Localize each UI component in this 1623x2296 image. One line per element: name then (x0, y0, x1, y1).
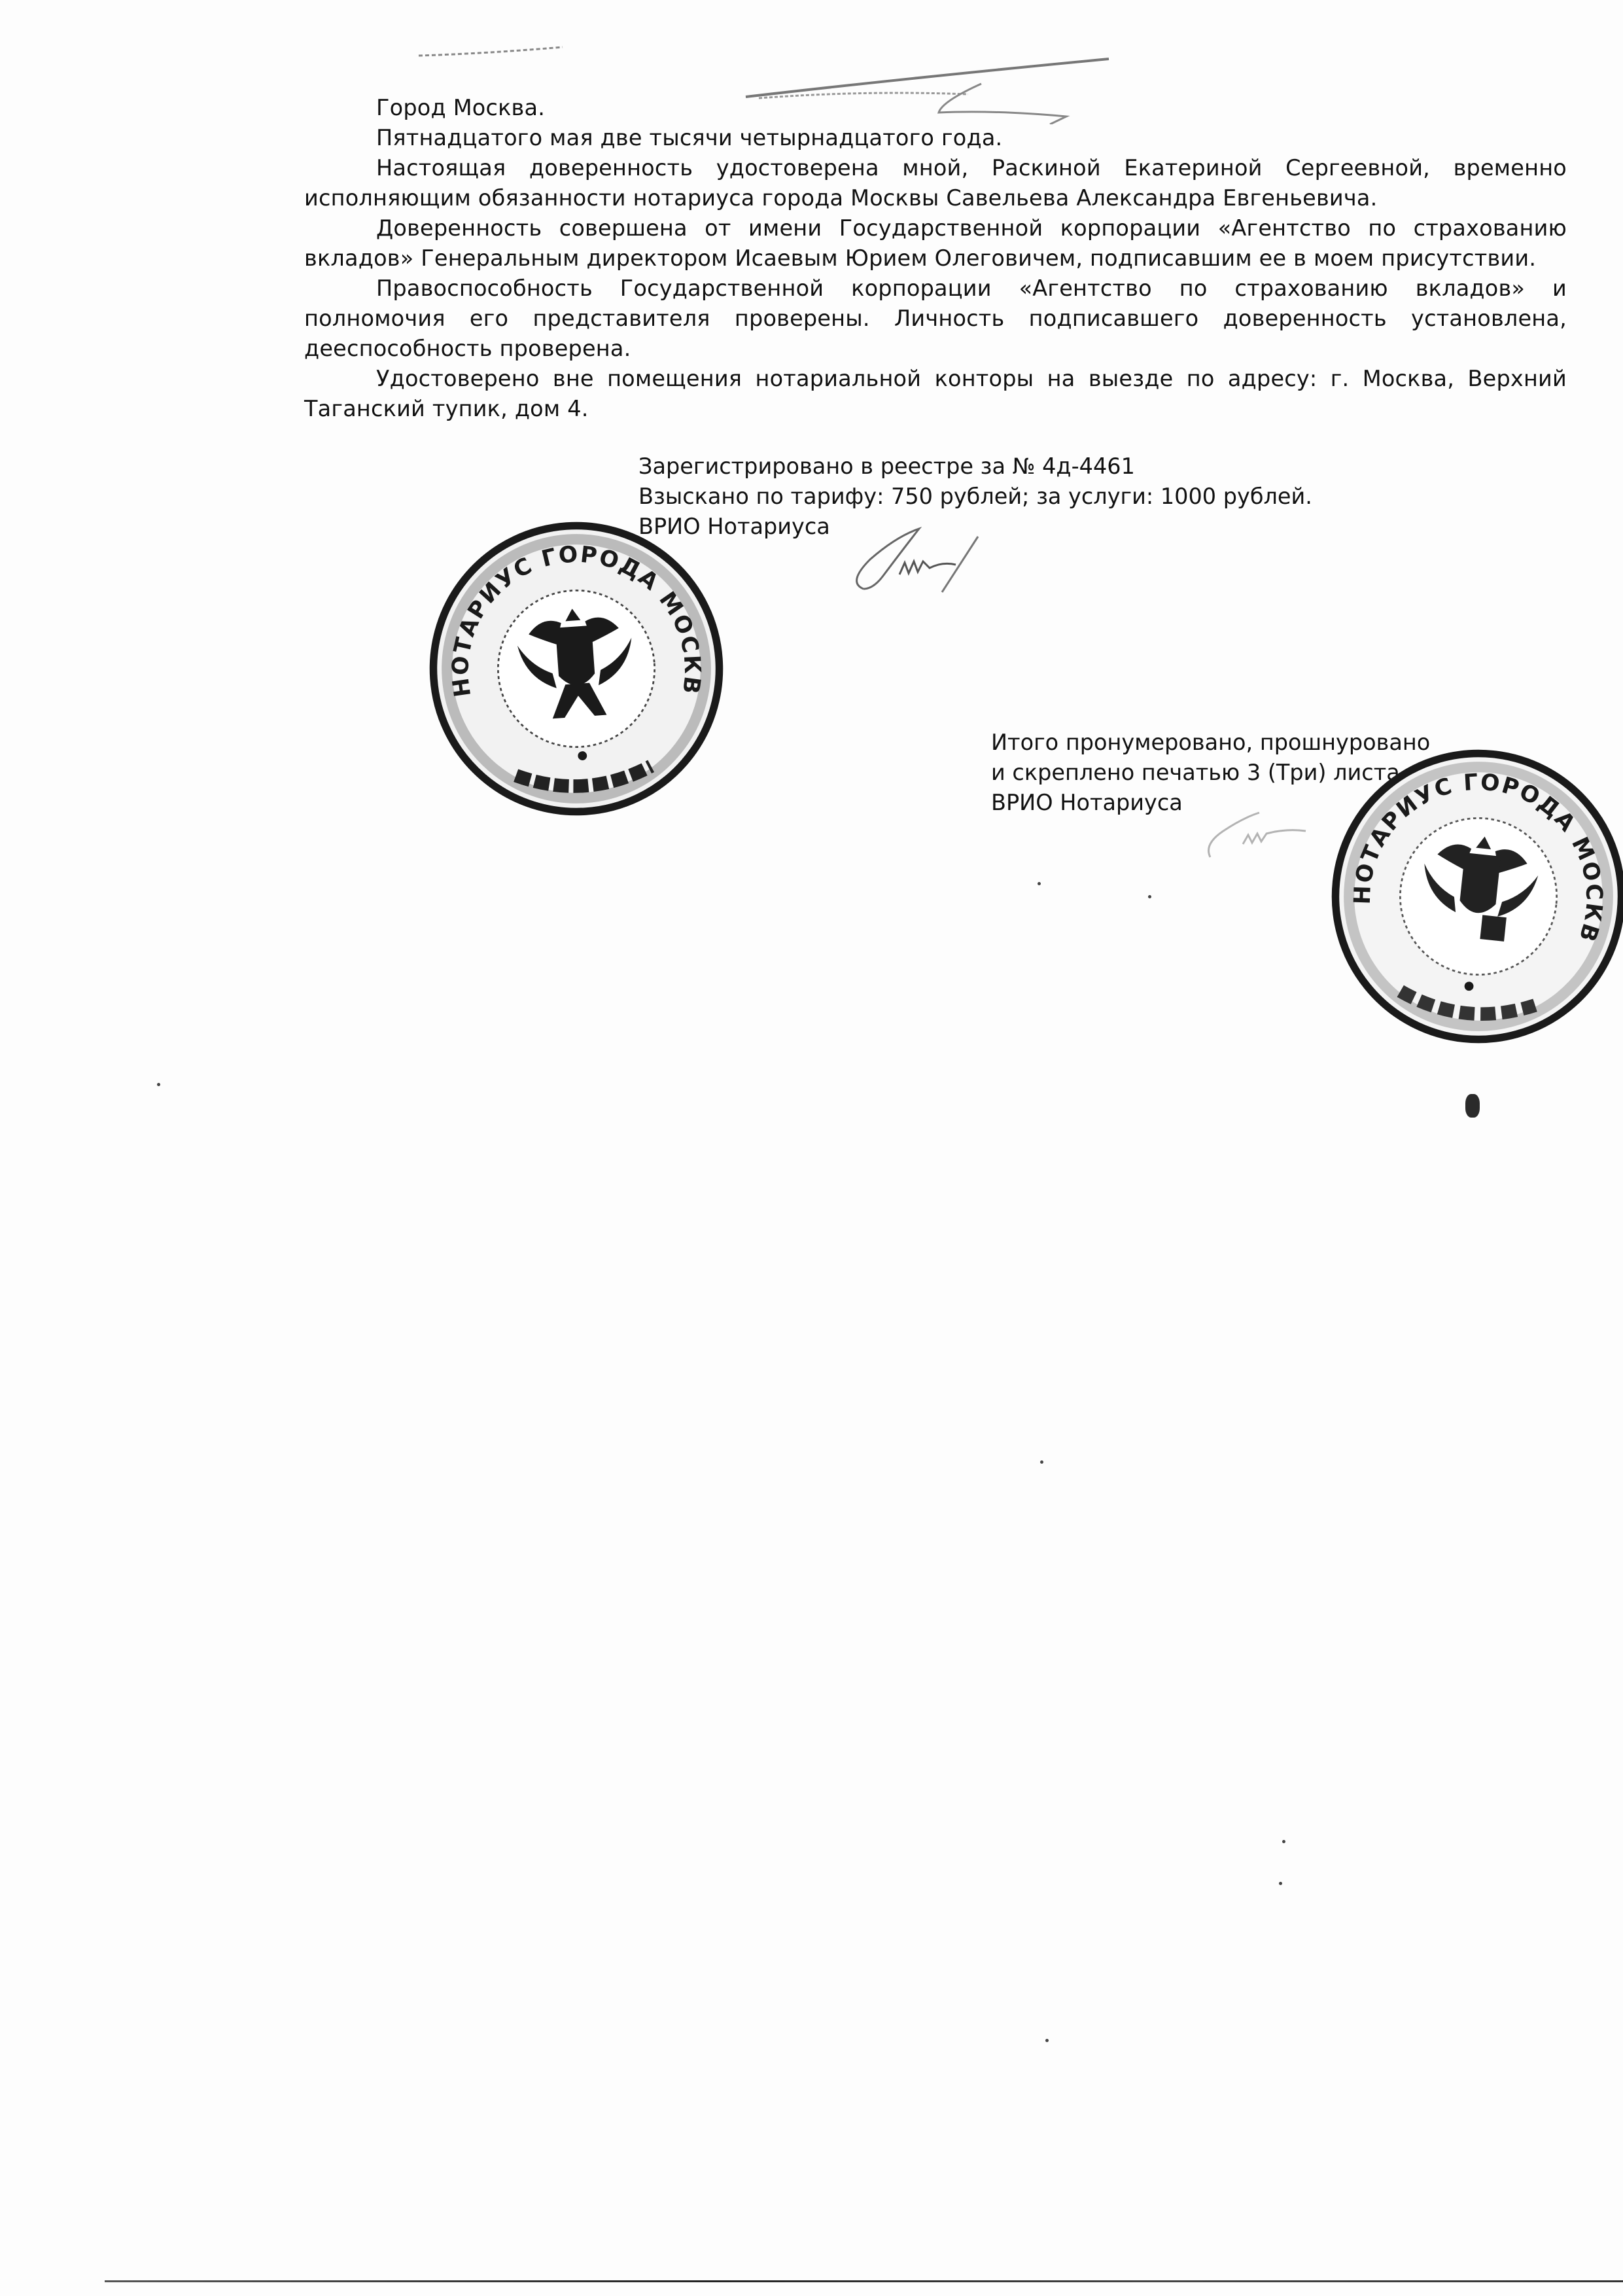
speck (1045, 2039, 1049, 2042)
paragraph-certified-by: Настоящая доверенность удостоверена мной… (304, 153, 1567, 213)
speck (1279, 1882, 1282, 1885)
notary-signature (844, 523, 1014, 595)
speck (1148, 895, 1151, 898)
speck (1282, 1840, 1285, 1843)
notary-seal: НОТАРИУС ГОРОДА МОСКВЫ САВЕЛЬЕВ А.Е. (406, 507, 747, 830)
fee-amount: Взыскано по тарифу: 750 рублей; за услуг… (638, 482, 1312, 512)
binding-signature (1197, 805, 1348, 864)
speck (1040, 1460, 1043, 1464)
paragraph-date: Пятнадцатого мая две тысячи четырнадцато… (304, 123, 1567, 153)
page-bottom-edge-line (105, 2280, 1623, 2282)
scanned-page: Город Москва. Пятнадцатого мая две тысяч… (0, 0, 1623, 2296)
speck (157, 1083, 160, 1086)
speck (1038, 882, 1041, 885)
registry-number: Зарегистрировано в реестре за № 4д-4461 (638, 451, 1312, 482)
ink-blot (1465, 1094, 1480, 1118)
paragraph-capacity-verified: Правоспособность Государственной корпора… (304, 274, 1567, 364)
paragraph-issued-by: Доверенность совершена от имени Государс… (304, 213, 1567, 274)
certification-text: Город Москва. Пятнадцатого мая две тысяч… (304, 93, 1567, 424)
paragraph-location: Удостоверено вне помещения нотариальной … (304, 364, 1567, 424)
notary-seal-binding: НОТАРИУС ГОРОДА МОСКВЫ САВЕЛЬЕВ А.Е. (1310, 731, 1623, 1063)
paragraph-city: Город Москва. (304, 93, 1567, 123)
